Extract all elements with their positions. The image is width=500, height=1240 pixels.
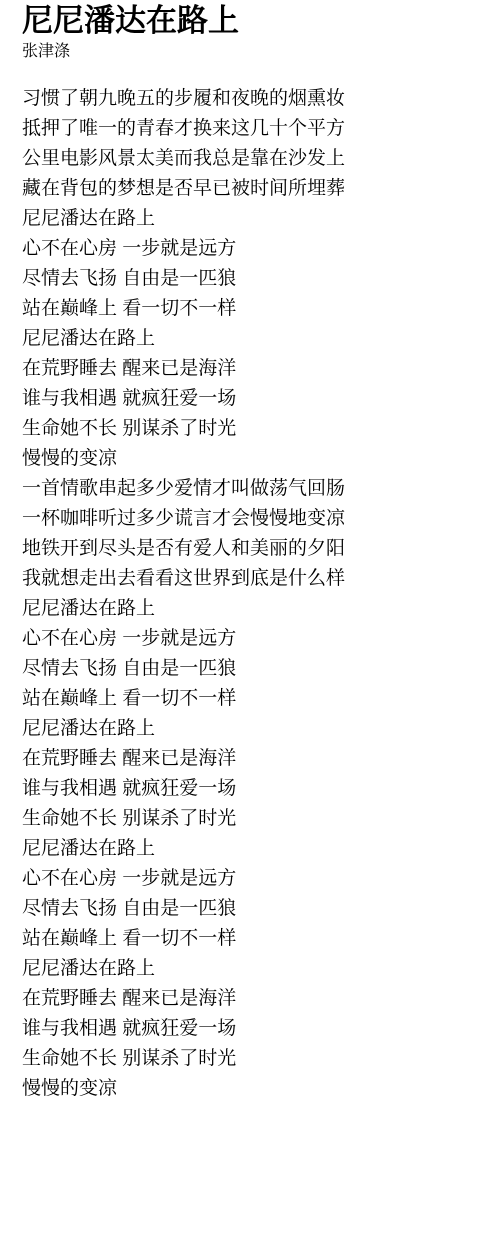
lyric-line: 谁与我相遇 就疯狂爱一场 — [22, 774, 482, 804]
artist-name: 张津涤 — [22, 42, 482, 62]
lyric-line: 谁与我相遇 就疯狂爱一场 — [22, 1014, 482, 1044]
lyric-line: 尽情去飞扬 自由是一匹狼 — [22, 894, 482, 924]
lyric-line: 生命她不长 别谋杀了时光 — [22, 804, 482, 834]
song-title: 尼尼潘达在路上 — [22, 3, 482, 39]
lyric-line: 心不在心房 一步就是远方 — [22, 864, 482, 894]
lyric-line: 尼尼潘达在路上 — [22, 954, 482, 984]
lyric-line: 尼尼潘达在路上 — [22, 714, 482, 744]
lyric-line: 我就想走出去看看这世界到底是什么样 — [22, 564, 482, 594]
lyric-line: 藏在背包的梦想是否早已被时间所埋葬 — [22, 174, 482, 204]
lyrics-block: 习惯了朝九晚五的步履和夜晚的烟熏妆抵押了唯一的青春才换来这几十个平方公里电影风景… — [22, 84, 482, 1104]
lyric-line: 在荒野睡去 醒来已是海洋 — [22, 984, 482, 1014]
lyric-line: 尼尼潘达在路上 — [22, 204, 482, 234]
lyric-line: 在荒野睡去 醒来已是海洋 — [22, 744, 482, 774]
lyric-line: 站在巅峰上 看一切不一样 — [22, 684, 482, 714]
lyric-line: 尼尼潘达在路上 — [22, 324, 482, 354]
lyric-line: 生命她不长 别谋杀了时光 — [22, 1044, 482, 1074]
lyric-line: 慢慢的变凉 — [22, 1074, 482, 1104]
lyric-line: 抵押了唯一的青春才换来这几十个平方 — [22, 114, 482, 144]
lyric-line: 谁与我相遇 就疯狂爱一场 — [22, 384, 482, 414]
lyric-line: 习惯了朝九晚五的步履和夜晚的烟熏妆 — [22, 84, 482, 114]
lyric-line: 慢慢的变凉 — [22, 444, 482, 474]
lyric-line: 一首情歌串起多少爱情才叫做荡气回肠 — [22, 474, 482, 504]
lyric-line: 公里电影风景太美而我总是靠在沙发上 — [22, 144, 482, 174]
lyric-line: 在荒野睡去 醒来已是海洋 — [22, 354, 482, 384]
lyric-line: 一杯咖啡听过多少谎言才会慢慢地变凉 — [22, 504, 482, 534]
lyrics-page: 尼尼潘达在路上 张津涤 习惯了朝九晚五的步履和夜晚的烟熏妆抵押了唯一的青春才换来… — [0, 0, 500, 1104]
lyric-line: 站在巅峰上 看一切不一样 — [22, 924, 482, 954]
lyric-line: 生命她不长 别谋杀了时光 — [22, 414, 482, 444]
lyric-line: 尼尼潘达在路上 — [22, 834, 482, 864]
lyric-line: 心不在心房 一步就是远方 — [22, 624, 482, 654]
lyric-line: 尽情去飞扬 自由是一匹狼 — [22, 264, 482, 294]
lyric-line: 尽情去飞扬 自由是一匹狼 — [22, 654, 482, 684]
lyric-line: 尼尼潘达在路上 — [22, 594, 482, 624]
lyric-line: 地铁开到尽头是否有爱人和美丽的夕阳 — [22, 534, 482, 564]
lyric-line: 站在巅峰上 看一切不一样 — [22, 294, 482, 324]
lyric-line: 心不在心房 一步就是远方 — [22, 234, 482, 264]
